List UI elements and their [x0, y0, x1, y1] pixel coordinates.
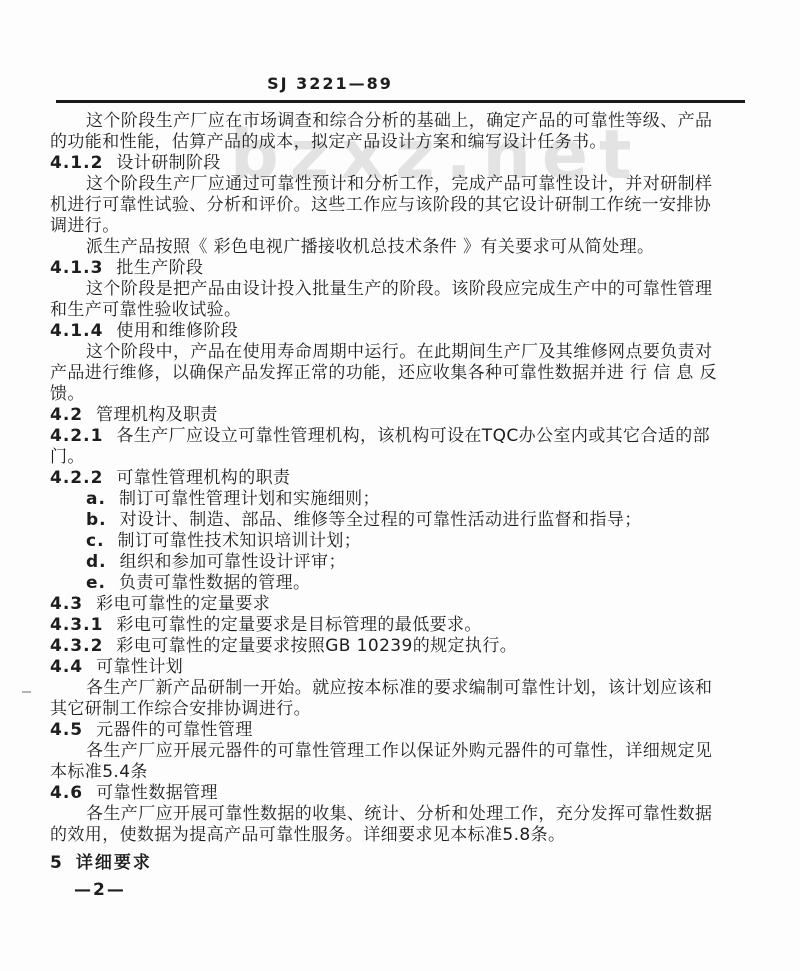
line-text: 彩电可靠性的定量要求: [96, 594, 270, 614]
text-line: 4.6可靠性数据管理: [50, 783, 756, 804]
line-text: 各生产厂新产品研制一开始。就应按本标准的要求编制可靠性计划，该计划应该和: [86, 678, 712, 698]
line-text: 本标准5.4条: [50, 762, 148, 782]
text-line: 这个阶段是把产品由设计投入批量生产的阶段。该阶段应完成生产中的可靠性管理: [50, 279, 756, 300]
line-text: 制订可靠性管理计划和实施细则；: [119, 489, 380, 509]
section-number: 4.4: [50, 657, 83, 677]
text-line: 产品进行维修，以确保产品发挥正常的功能，还应收集各种可靠性数据并进 行 信 息 …: [50, 363, 756, 384]
line-text: 详细要求: [76, 853, 152, 873]
text-line: 的效用，使数据为提高产品可靠性服务。详细要求见本标准5.8条。: [50, 825, 756, 846]
section-number: 4.2: [50, 405, 83, 425]
text-line: d.组织和参加可靠性设计评审；: [50, 552, 756, 573]
line-text: 彩电可靠性的定量要求是目标管理的最低要求。: [116, 615, 481, 635]
line-text: 使用和维修阶段: [116, 321, 238, 341]
text-line: 和生产可靠性验收试验。: [50, 300, 756, 321]
text-line: b.对设计、制造、部品、维修等全过程的可靠性活动进行监督和指导；: [50, 510, 756, 531]
text-line: 4.1.3批生产阶段: [50, 258, 756, 279]
text-line: 各生产厂新产品研制一开始。就应按本标准的要求编制可靠性计划，该计划应该和: [50, 678, 756, 699]
text-line: 4.3.1彩电可靠性的定量要求是目标管理的最低要求。: [50, 615, 756, 636]
text-line: 4.2.1各生产厂应设立可靠性管理机构，该机构可设在TQC办公室内或其它合适的部: [50, 426, 756, 447]
section-number: b.: [86, 510, 107, 530]
line-text: 组织和参加可靠性设计评审；: [120, 552, 346, 572]
section-number: 4.1.3: [50, 258, 103, 278]
line-text: 可靠性管理机构的职责: [116, 468, 290, 488]
text-line: 4.1.2设计研制阶段: [50, 153, 756, 174]
text-line: e.负责可靠性数据的管理。: [50, 573, 756, 594]
header-rule: [56, 100, 745, 103]
text-line: 这个阶段生产厂应在市场调查和综合分析的基础上，确定产品的可靠性等级、产品: [50, 111, 756, 132]
scan-artifact: [22, 691, 31, 693]
text-line: 4.3彩电可靠性的定量要求: [50, 594, 756, 615]
line-text: 其它研制工作综合安排协调进行。: [50, 699, 311, 719]
text-line: 的功能和性能，估算产品的成本，拟定产品设计方案和编写设计任务书。: [50, 132, 756, 153]
line-text: 负责可靠性数据的管理。: [119, 573, 310, 593]
standard-code: SJ 3221—89: [0, 74, 660, 93]
line-text: 管理机构及职责: [96, 405, 218, 425]
line-text: 这个阶段是把产品由设计投入批量生产的阶段。该阶段应完成生产中的可靠性管理: [86, 279, 712, 299]
text-line: 4.2.2可靠性管理机构的职责: [50, 468, 756, 489]
line-text: 对设计、制造、部品、维修等全过程的可靠性活动进行监督和指导；: [120, 510, 642, 530]
text-line: 各生产厂应开展可靠性数据的收集、统计、分析和处理工作，充分发挥可靠性数据: [50, 804, 756, 825]
text-line: 各生产厂应开展元器件的可靠性管理工作以保证外购元器件的可靠性，详细规定见: [50, 741, 756, 762]
section-number: a.: [86, 489, 106, 509]
line-text: 可靠性计划: [96, 657, 183, 677]
line-text: 各生产厂应设立可靠性管理机构，该机构可设在TQC办公室内或其它合适的部: [116, 426, 710, 446]
section-number: 4.1.2: [50, 153, 103, 173]
section-number: 4.3.1: [50, 615, 103, 635]
text-line: 4.1.4使用和维修阶段: [50, 321, 756, 342]
section-number: c.: [86, 531, 105, 551]
line-text: 馈。: [50, 384, 85, 404]
line-text: 派生产品按照《 彩色电视广播接收机总技术条件 》有关要求可从简处理。: [86, 237, 654, 257]
line-text: 各生产厂应开展可靠性数据的收集、统计、分析和处理工作，充分发挥可靠性数据: [86, 804, 712, 824]
section-number: d.: [86, 552, 107, 572]
line-text: 机进行可靠性试验、分析和评价。这些工作应与该阶段的其它设计研制工作统一安排协: [50, 195, 711, 215]
section-number: 4.5: [50, 720, 83, 740]
line-text: 的功能和性能，估算产品的成本，拟定产品设计方案和编写设计任务书。: [50, 132, 607, 152]
text-line: 4.2管理机构及职责: [50, 405, 756, 426]
text-line: a.制订可靠性管理计划和实施细则；: [50, 489, 756, 510]
section-number: 5: [50, 853, 63, 873]
text-line: 馈。: [50, 384, 756, 405]
text-line: c.制订可靠性技术知识培训计划；: [50, 531, 756, 552]
section-number: e.: [86, 573, 106, 593]
text-line: 调进行。: [50, 216, 756, 237]
text-line: 派生产品按照《 彩色电视广播接收机总技术条件 》有关要求可从简处理。: [50, 237, 756, 258]
text-line: 4.5元器件的可靠性管理: [50, 720, 756, 741]
section-number: 4.1.4: [50, 321, 103, 341]
section-number: 4.2.2: [50, 468, 103, 488]
section-number: 4.3: [50, 594, 83, 614]
line-text: 可靠性数据管理: [96, 783, 218, 803]
line-text: 元器件的可靠性管理: [96, 720, 253, 740]
document-page: bzxz.net SJ 3221—89 这个阶段生产厂应在市场调查和综合分析的基…: [0, 0, 800, 971]
section-number: 4.3.2: [50, 636, 103, 656]
line-text: 调进行。: [50, 216, 120, 236]
line-text: 的效用，使数据为提高产品可靠性服务。详细要求见本标准5.8条。: [50, 825, 565, 845]
section-number: 4.2.1: [50, 426, 103, 446]
line-text: 彩电可靠性的定量要求按照GB 10239的规定执行。: [116, 636, 517, 656]
line-text: 各生产厂应开展元器件的可靠性管理工作以保证外购元器件的可靠性，详细规定见: [86, 741, 712, 761]
line-text: 这个阶段生产厂应在市场调查和综合分析的基础上，确定产品的可靠性等级、产品: [86, 111, 712, 131]
text-line: 这个阶段中，产品在使用寿命周期中运行。在此期间生产厂及其维修网点要负责对: [50, 342, 756, 363]
line-text: 产品进行维修，以确保产品发挥正常的功能，还应收集各种可靠性数据并进 行 信 息 …: [50, 363, 717, 383]
line-text: 门。: [50, 447, 85, 467]
text-line: 本标准5.4条: [50, 762, 756, 783]
text-line: 门。: [50, 447, 756, 468]
text-line: 机进行可靠性试验、分析和评价。这些工作应与该阶段的其它设计研制工作统一安排协: [50, 195, 756, 216]
line-text: 制订可靠性技术知识培训计划；: [118, 531, 362, 551]
text-line: 4.3.2彩电可靠性的定量要求按照GB 10239的规定执行。: [50, 636, 756, 657]
text-line: 其它研制工作综合安排协调进行。: [50, 699, 756, 720]
page-number: —2—: [74, 880, 126, 900]
document-body: 这个阶段生产厂应在市场调查和综合分析的基础上，确定产品的可靠性等级、产品的功能和…: [50, 111, 756, 874]
line-text: 这个阶段中，产品在使用寿命周期中运行。在此期间生产厂及其维修网点要负责对: [86, 342, 712, 362]
text-line: 这个阶段生产厂应通过可靠性预计和分析工作，完成产品可靠性设计，并对研制样: [50, 174, 756, 195]
text-line: 4.4可靠性计划: [50, 657, 756, 678]
text-line: 5详细要求: [50, 853, 756, 874]
line-text: 设计研制阶段: [116, 153, 220, 173]
line-text: 批生产阶段: [116, 258, 203, 278]
line-text: 和生产可靠性验收试验。: [50, 300, 241, 320]
line-text: 这个阶段生产厂应通过可靠性预计和分析工作，完成产品可靠性设计，并对研制样: [86, 174, 712, 194]
section-number: 4.6: [50, 783, 83, 803]
